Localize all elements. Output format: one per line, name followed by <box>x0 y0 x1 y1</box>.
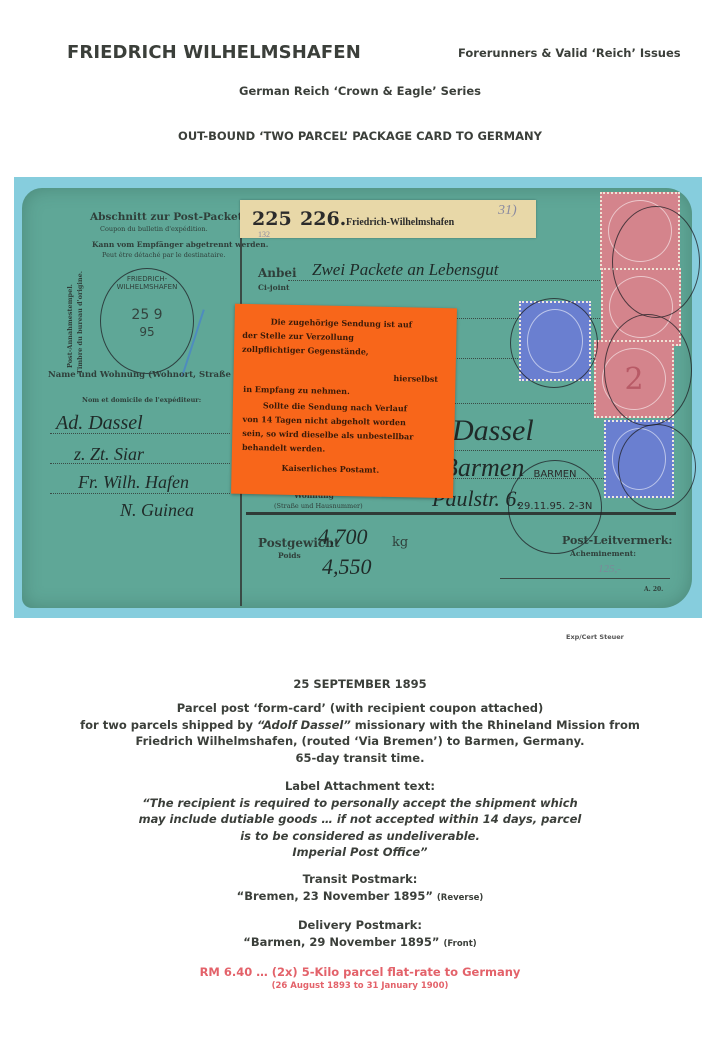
recipient-name: Dassel <box>452 414 534 448</box>
item-heading: OUT-BOUND ‘TWO PARCEL’ PACKAGE CARD TO G… <box>0 129 720 143</box>
expert-certificate-credit: Exp/Cert Steuer <box>566 633 624 641</box>
coupon-title-fr: Coupon du bulletin d'expédition. <box>100 225 208 233</box>
sender-name: Ad. Dassel <box>56 412 143 435</box>
sender-line-4: N. Guinea <box>120 500 194 521</box>
fw-cancel-postmark <box>510 298 598 388</box>
weight-label-fr: Poids <box>278 551 301 560</box>
routing-label-fr: Acheminement: <box>570 549 636 558</box>
pencil-note: 31) <box>498 203 517 219</box>
wohnung-sublabel: (Straße und Hausnummer) <box>274 502 363 510</box>
series-subtitle: German Reich ‘Crown & Eagle’ Series <box>0 84 720 98</box>
parcel-number-2: 226. <box>300 208 346 230</box>
sender-line-2: z. Zt. Siar <box>74 444 144 465</box>
weight-value-1: 4,700 <box>318 524 368 550</box>
weight-value-2: 4,550 <box>322 554 372 580</box>
sender-line-3: Fr. Wilh. Hafen <box>78 472 189 493</box>
sender-label-fr: Nom et domicile de l'expéditeur: <box>82 396 201 404</box>
form-rule <box>246 512 676 515</box>
anbei-label: Anbei <box>258 266 297 280</box>
origin-stamp-label-fr: Timbre du bureau d'origine. <box>76 271 84 374</box>
postage-rate-period: (26 August 1893 to 31 January 1900) <box>0 978 720 995</box>
parcel-number-label: 225 226. Friedrich-Wilhelmshafen 31) 132 <box>240 200 536 238</box>
delivery-postmark-section: Delivery Postmark: “Barmen, 29 November … <box>0 917 720 952</box>
detach-note: Kann vom Empfänger abgetrennt werden. <box>92 240 268 249</box>
cijoint-label: Ci-joint <box>258 283 289 292</box>
weight-unit: kg <box>392 535 408 550</box>
form-number: A. 20. <box>644 586 663 593</box>
event-date: 25 SEPTEMBER 1895 <box>0 676 720 693</box>
fw-cancel-postmark <box>612 206 700 318</box>
origin-stamp-label: Post-Annahmestempel. <box>66 284 74 368</box>
origin-office-name: Friedrich-Wilhelmshafen <box>346 217 454 228</box>
parcel-number-1: 225 <box>252 208 292 230</box>
fw-cancel-postmark <box>618 424 696 510</box>
detach-note-fr: Peut être détaché par le destinataire. <box>102 251 225 259</box>
fw-cancel-postmark <box>604 314 692 426</box>
sender-name-highlight: “Adolf Dassel” <box>257 718 351 732</box>
origin-cancel-postmark: FRIEDRICH-WILHELMSHAFEN 25 9 95 <box>100 268 194 374</box>
description-paragraph: Parcel post ‘form-card’ (with recipient … <box>0 700 720 766</box>
pencil-note-small: 132 <box>258 230 270 239</box>
anbei-value: Zwei Packete an Lebensgut <box>312 260 499 280</box>
routing-value: 125,- <box>598 563 621 575</box>
section-title: Forerunners & Valid ‘Reich’ Issues <box>458 46 681 60</box>
barmen-cancel-postmark: BARMEN 29.11.95. 2-3N <box>508 460 602 554</box>
label-attachment-section: Label Attachment text: “The recipient is… <box>0 778 720 861</box>
label-attachment-heading: Label Attachment text: <box>0 778 720 795</box>
transit-postmark-section: Transit Postmark: “Bremen, 23 November 1… <box>0 871 720 906</box>
page-title: FRIEDRICH WILHELMSHAFEN <box>67 42 361 63</box>
customs-notice-label: Die zugehörige Sendung ist auf der Stell… <box>231 304 457 499</box>
sender-label: Name und Wohnung (Wohnort, Straße und Ha… <box>48 370 248 380</box>
